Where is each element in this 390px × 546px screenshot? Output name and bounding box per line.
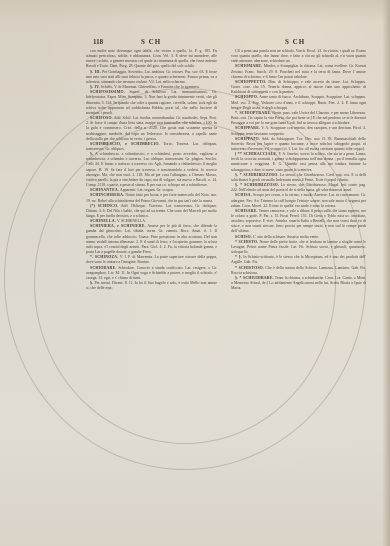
right-column: Ch' a pena una parola non ne schioda, Va… xyxy=(231,49,366,291)
entry-text: L' atto dello schisare. Sussiso molta ve… xyxy=(253,235,319,239)
entry-text: Per Gonfiaggio, Soveritto, Lat. ambitus.… xyxy=(86,70,217,84)
entry-headword: * §. xyxy=(235,255,242,259)
entry-headword: *. SCHIOPTRARE. xyxy=(235,111,271,115)
dictionary-entry: * SCHISTO. Nome delle pietre frotte, che… xyxy=(231,240,366,255)
dictionary-entry: SCHISA. Scorpo per cerun, e la cerino, e… xyxy=(231,193,366,208)
dictionary-entry: SCHIOPPO. Arme tanta di fuoco. Archibuso… xyxy=(231,95,366,110)
entry-headword: §. xyxy=(90,281,93,285)
entry-text: Apparenti. Lat. segum. Gr. scopos. xyxy=(120,188,174,192)
dictionary-entry: SCHIOPPETTO. Dim. di Schioppo; e vale ar… xyxy=(231,80,366,95)
dictionary-entry: con molte note dovunque ogni tabile, che… xyxy=(86,49,217,70)
page-top-shadow xyxy=(0,0,390,22)
entry-headword: SCHISARE. xyxy=(235,209,258,213)
dictionary-entry: Ch' a pena una parola non ne schioda, Va… xyxy=(231,49,366,64)
entry-text: Scorpo per cerun, e la cerino, e modo d'… xyxy=(231,193,366,207)
dictionary-entry: §. III. Per Gonfiaggio, Soveritto, Lat. … xyxy=(86,70,217,85)
dictionary-entry: SCHIFOSISSIMO. Superl. di Schifoso. Lat.… xyxy=(86,90,217,116)
dictionary-entry: §. * SCHIRIBIZZOSO. La stesso, che Ghiri… xyxy=(231,173,366,183)
entry-headword: SCHISO. xyxy=(235,235,252,239)
entry-headword: SCHINCHIRERA. xyxy=(90,193,124,197)
entry-headword: SCHIMBESCIO, e SCHIMBECIO. xyxy=(90,142,160,146)
entry-headword: [ ** SCHIRACCIALE. xyxy=(235,152,277,156)
dictionary-entry: SCHIMBESCIO, e SCHIMBECIO. Torto, Traver… xyxy=(86,142,217,152)
entry-text: Ch' a pena una parola non ne schioda, Va… xyxy=(231,49,366,63)
entry-text: V. SCHIENELLA. xyxy=(117,219,146,223)
entry-headword: SCHINANTEA. xyxy=(90,188,119,192)
running-header: 118 S CH S CH xyxy=(93,38,370,48)
dictionary-entry: * SCHISTOSO. Che è della natura dello Sc… xyxy=(231,266,366,276)
page-number: 118 xyxy=(93,38,103,46)
entry-headword: (*) SCHINCO. xyxy=(90,204,119,208)
left-column: con molte note dovunque ogni tabile, che… xyxy=(86,49,217,291)
entry-headword: SCHIPPATO. xyxy=(235,137,260,141)
entry-text: con molte note dovunque ogni tabile, che… xyxy=(86,49,217,68)
entry-headword: §. * SCHIUDIBARE. xyxy=(235,276,274,280)
dictionary-entry: SCHIFOSO. Add. Schif. Lat. foedus, nause… xyxy=(86,116,217,142)
dictionary-entry: SCHISARE. Tenere ramorese, e vale a diba… xyxy=(231,209,366,235)
dictionary-entry: *. SCHINOZA. V. I. F. di Marremia. La pa… xyxy=(86,255,217,265)
dictionary-entry: §. A schimbescio, a schimbescio, e a sch… xyxy=(86,152,217,188)
entry-headword: SCHIFOSO. xyxy=(90,116,113,120)
dictionary-entry: [ ** SCHIRACCIALE. F. A. Insetto; scorto… xyxy=(231,152,366,173)
scanned-page: 118 S CH S CH con molte note dovunque og… xyxy=(0,0,390,546)
entry-headword: §. III. xyxy=(90,70,101,74)
dictionary-entry: (*) SCHINCO. Add. Oblicquo. Traverso. La… xyxy=(86,204,217,219)
entry-text: Schiffo, V. di Maremai. Ghiereffino, e F… xyxy=(101,85,200,89)
dictionary-entry: §. * SCHIRIBIZZOSO. Lo stesso, che Ghiri… xyxy=(231,183,366,193)
dictionary-entry: §. * SCHIUDIBARE. Tener la chioma, a sch… xyxy=(231,276,366,291)
entry-headword: SCHISA. xyxy=(235,193,252,197)
entry-text: A schimbescio, a schimbescio, e a schimb… xyxy=(86,152,217,187)
dictionary-entry: SCHINCHIRERA. Nome fatto per bosta, e pe… xyxy=(86,193,217,203)
entry-headword: SCHINELLA. xyxy=(90,219,116,223)
entry-headword: SCHIPPARE. xyxy=(235,126,260,130)
dictionary-entry: SCHIODARE. Schiodare. Conocer a strada c… xyxy=(86,266,217,281)
entry-text: In Schisto-scitionio, è le stesso che la… xyxy=(231,255,366,264)
entry-headword: §. xyxy=(90,152,93,156)
dictionary-entry: SCHIPPATO. Add. da Schioppare. Tov. Dec.… xyxy=(231,137,366,152)
running-head-right: S CH xyxy=(285,38,305,46)
entry-headword: SCHIOPPO. xyxy=(235,95,258,99)
running-head-left: S CH xyxy=(141,38,161,46)
entry-headword: SCHINIERA, e SCHINIERE. xyxy=(90,224,146,228)
dictionary-entry: * §. In Schisto-scitionio, è le stesso c… xyxy=(231,255,366,265)
entry-headword: * SCHISTOSO. xyxy=(235,266,264,270)
entry-headword: * SCHISTO. xyxy=(235,240,258,244)
dictionary-entry: SCHINIERA, e SCHINIERE. Arnese per le pi… xyxy=(86,224,217,255)
dictionary-entry: §. Per metaf. Divent. 8. 11. Io ho il Su… xyxy=(86,281,217,291)
entry-headword: §. IV. xyxy=(90,85,100,89)
entry-headword: §. * SCHIRIBIZZOSO. xyxy=(235,173,279,177)
entry-headword: *. SCHINOZA. xyxy=(90,255,118,259)
entry-headword: SCHIFOSISSIMO. xyxy=(90,90,125,94)
entry-headword: SCHIOMARE. xyxy=(235,64,262,68)
dictionary-entry: SCHIOMARE. Minder, o Sconpigliar la chio… xyxy=(231,64,366,79)
entry-text: Arnese per le più di ferro, che difende … xyxy=(86,224,217,254)
entry-headword: SCHIODARE. xyxy=(90,266,117,270)
dictionary-entry: SCHIPPARE. V. A. Scoppiare con cenetto, … xyxy=(231,126,366,136)
page-binding-edge xyxy=(382,0,390,546)
entry-headword: §. * SCHIRIBIZZOSO. xyxy=(235,183,279,187)
dictionary-entry: *. SCHIOPTRARE. Neutr. pass. vale Uscire… xyxy=(231,111,366,126)
entry-headword: SCHIOPPETTO. xyxy=(235,80,266,84)
entry-text: Per metaf. Divent. 8. 11. Io ho il Suo b… xyxy=(86,281,217,290)
